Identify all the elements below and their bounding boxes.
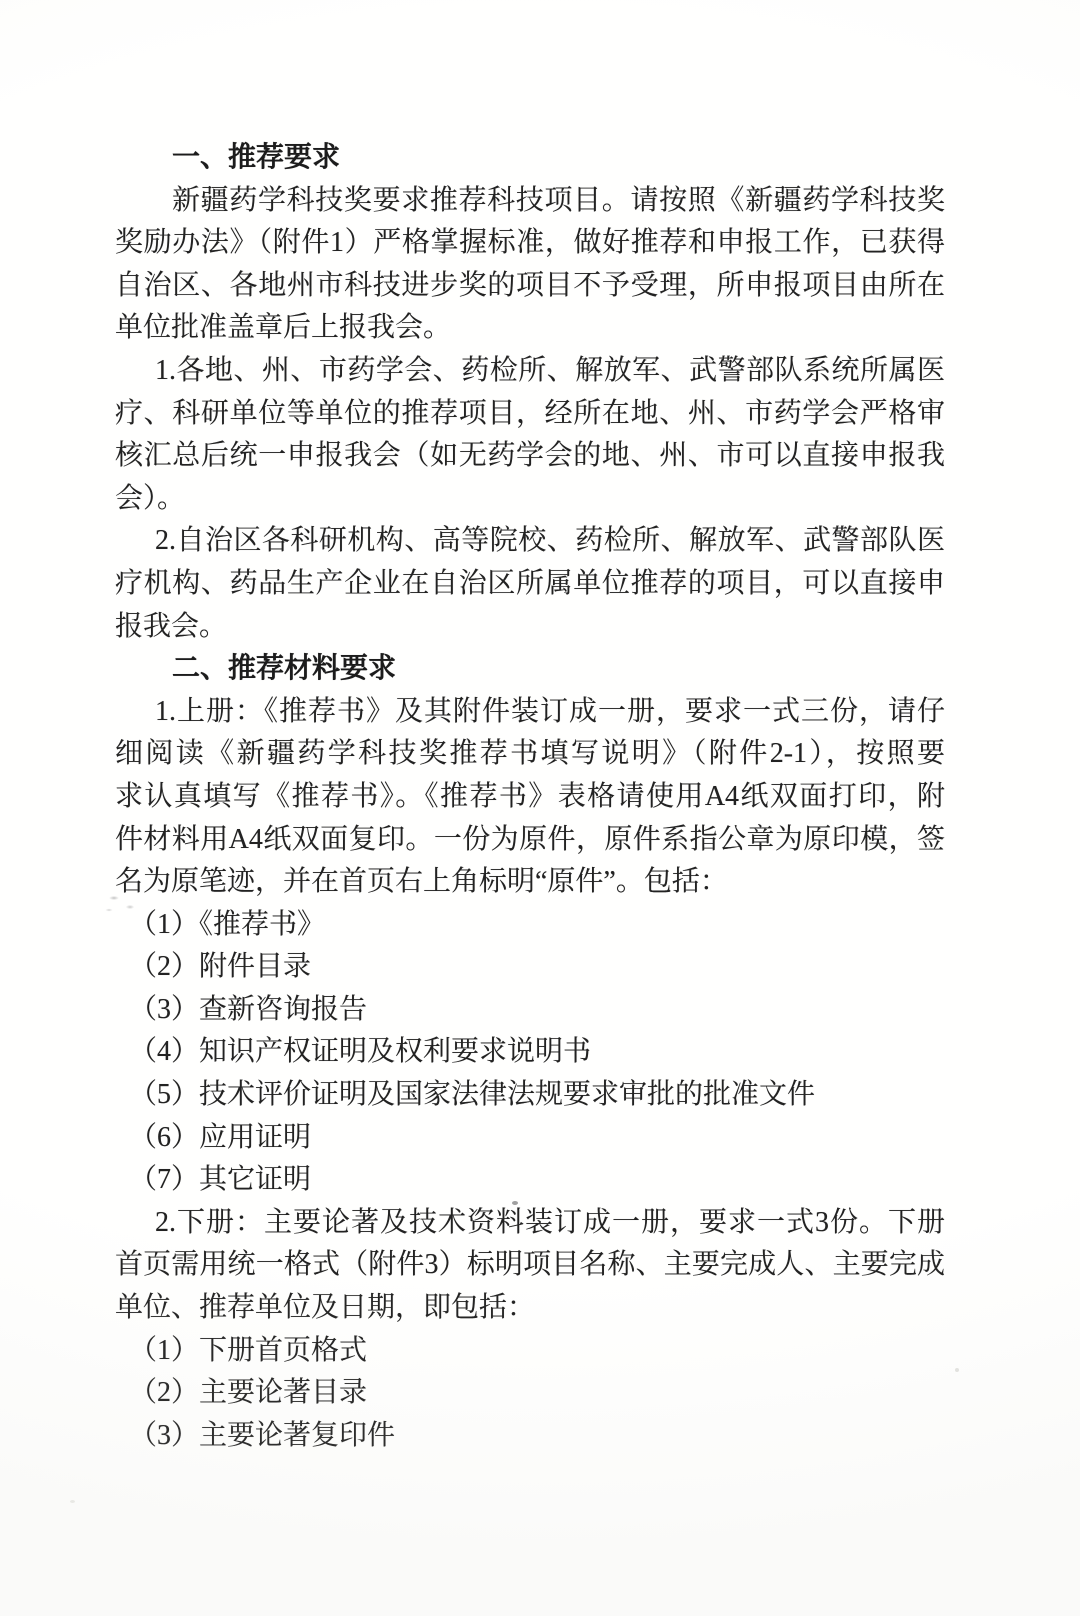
doc-line: 会）。 [115, 478, 945, 521]
list-item-line: （1）下册首页格式 [115, 1330, 945, 1373]
doc-line: 1.各地、州、市药学会、药检所、解放军、武警部队系统所属医 [115, 350, 945, 393]
list-item-line: （6）应用证明 [115, 1117, 945, 1160]
section-heading: 一、推荐要求 [115, 137, 945, 180]
doc-line: 2.自治区各科研机构、高等院校、药检所、解放军、武警部队医 [115, 520, 945, 563]
list-item-line: （1）《推荐书》 [115, 904, 945, 947]
doc-line: 名为原笔迹，并在首页右上角标明“原件”。包括： [115, 861, 945, 904]
list-item-line: （7）其它证明 [115, 1159, 945, 1202]
doc-line: 奖励办法》（附件1）严格掌握标准，做好推荐和申报工作，已获得 [115, 222, 945, 265]
list-item-line: （3）查新咨询报告 [115, 989, 945, 1032]
scan-noise-speck [70, 1500, 75, 1503]
doc-line: 求认真填写《推荐书》。《推荐书》表格请使用A4纸双面打印，附 [115, 776, 945, 819]
list-item-line: （2）附件目录 [115, 946, 945, 989]
document-body: 一、推荐要求 新疆药学科技奖要求推荐科技项目。请按照《新疆药学科技奖 奖励办法》… [115, 137, 945, 1457]
doc-line: 单位、推荐单位及日期，即包括： [115, 1287, 945, 1330]
doc-line: 2.下册：主要论著及技术资料装订成一册，要求一式3份。下册 [115, 1202, 945, 1245]
list-item-line: （2）主要论著目录 [115, 1372, 945, 1415]
doc-line: 疗、科研单位等单位的推荐项目，经所在地、州、市药学会严格审 [115, 393, 945, 436]
doc-line: 首页需用统一格式（附件3）标明项目名称、主要完成人、主要完成 [115, 1244, 945, 1287]
scan-noise-speck [955, 1368, 959, 1372]
section-heading: 二、推荐材料要求 [115, 648, 945, 691]
list-item-line: （4）知识产权证明及权利要求说明书 [115, 1031, 945, 1074]
ink-speck-artifact [512, 1201, 518, 1205]
doc-line: 自治区、各地州市科技进步奖的项目不予受理，所申报项目由所在 [115, 265, 945, 308]
list-item-line: （5）技术评价证明及国家法律法规要求审批的批准文件 [115, 1074, 945, 1117]
doc-line: 核汇总后统一申报我会（如无药学会的地、州、市可以直接申报我 [115, 435, 945, 478]
doc-line: 细阅读《新疆药学科技奖推荐书填写说明》（附件2-1），按照要 [115, 733, 945, 776]
list-item-line: （3）主要论著复印件 [115, 1415, 945, 1458]
doc-line: 疗机构、药品生产企业在自治区所属单位推荐的项目，可以直接申 [115, 563, 945, 606]
doc-line: 单位批准盖章后上报我会。 [115, 307, 945, 350]
pencil-smudge-artifact [100, 888, 144, 918]
doc-line: 1.上册：《推荐书》及其附件装订成一册，要求一式三份，请仔 [115, 691, 945, 734]
doc-line: 新疆药学科技奖要求推荐科技项目。请按照《新疆药学科技奖 [115, 180, 945, 223]
doc-line: 报我会。 [115, 606, 945, 649]
doc-line: 件材料用A4纸双面复印。一份为原件，原件系指公章为原印模，签 [115, 819, 945, 862]
scanned-document-page: 一、推荐要求 新疆药学科技奖要求推荐科技项目。请按照《新疆药学科技奖 奖励办法》… [0, 0, 1080, 1616]
